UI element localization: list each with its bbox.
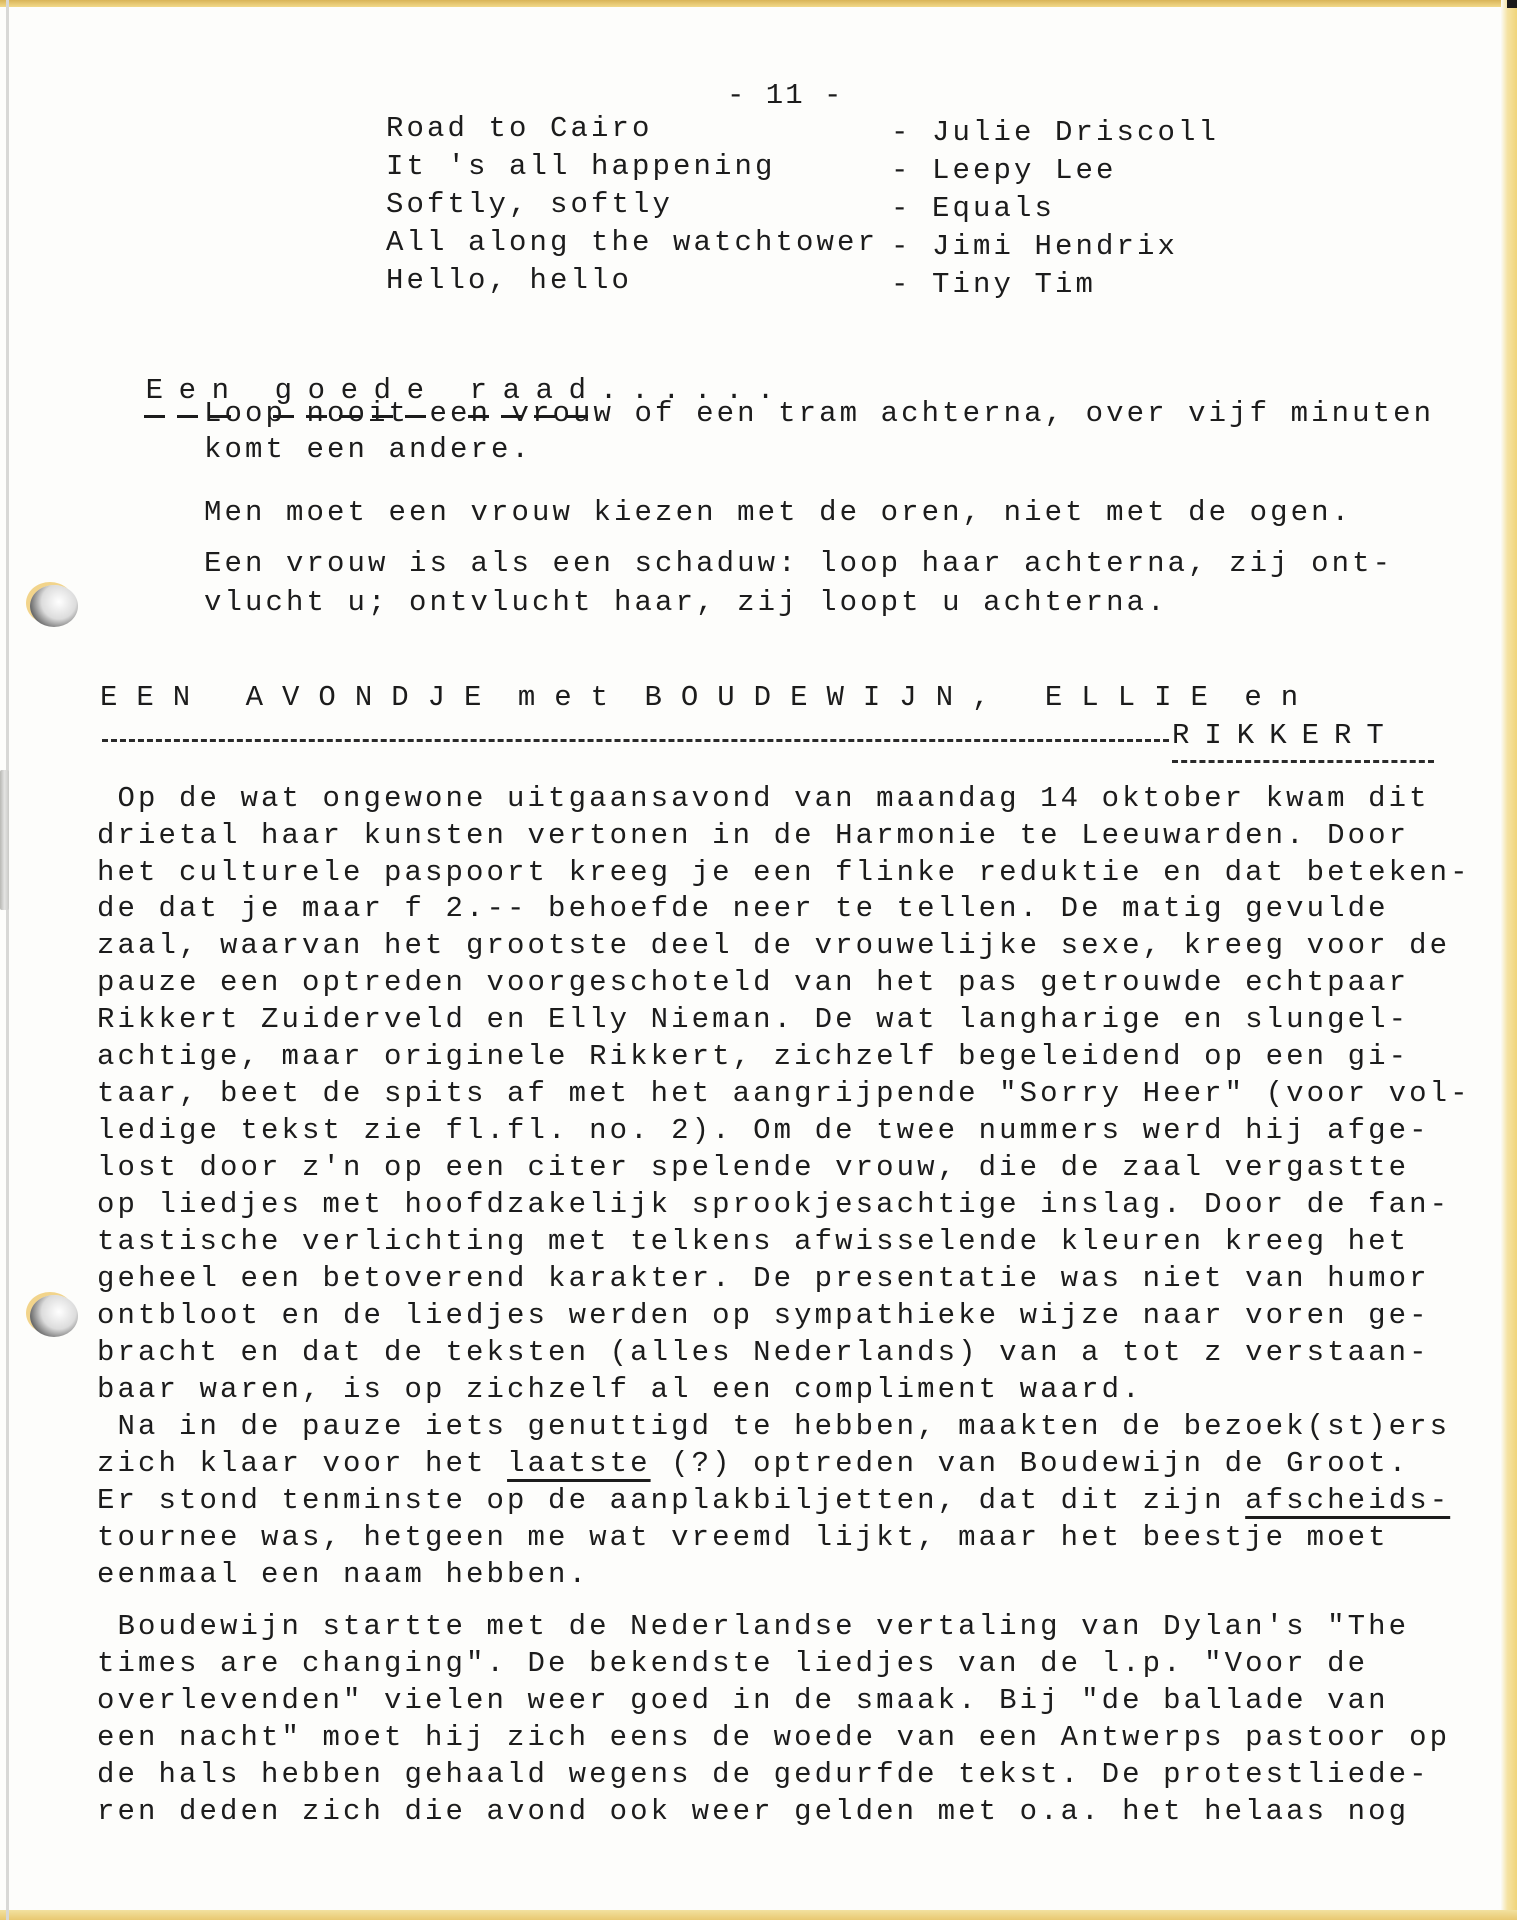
body-line: taar, beet de spits af met het aangrijpe… (97, 1078, 1471, 1109)
song-title: It 's all happening (386, 150, 776, 183)
body-line: Boudewijn startte met de Nederlandse ver… (97, 1611, 1409, 1642)
body-line: drietal haar kunsten vertonen in de Harm… (97, 820, 1409, 851)
body-line: overlevenden" vielen weer goed in de sma… (97, 1685, 1389, 1716)
page-edge-right (1501, 0, 1517, 1920)
body-line: lost door z'n op een citer spelende vrou… (97, 1152, 1409, 1183)
underlined-word-afscheids: afscheids- (1245, 1484, 1450, 1517)
body-line: Na in de pauze iets genuttigd te hebben,… (97, 1411, 1450, 1442)
quote-line: komt een andere. (204, 434, 532, 465)
body-line: het culturele paspoort kreeg je een flin… (97, 857, 1471, 888)
song-artist: - Leepy Lee (891, 154, 1117, 187)
body-line: baar waren, is op zichzelf al een compli… (97, 1374, 1143, 1405)
heading-dashed-rule-2 (1172, 760, 1434, 763)
song-artist: - Julie Driscoll (891, 116, 1219, 149)
punch-hole-lower (30, 1295, 78, 1337)
article-heading-line2: RIKKERT (1172, 720, 1399, 751)
body-line: tournee was, hetgeen me wat vreemd lijkt… (97, 1522, 1389, 1553)
song-artist: - Tiny Tim (891, 268, 1096, 301)
body-line: ledige tekst zie fl.fl. no. 2). Om de tw… (97, 1115, 1430, 1146)
page-edge-top (0, 0, 1517, 7)
song-artist: - Jimi Hendrix (891, 230, 1178, 263)
page-edge-bottom (0, 1910, 1517, 1920)
quote-line: Een vrouw is als een schaduw: loop haar … (204, 548, 1393, 579)
body-line: Op de wat ongewone uitgaansavond van maa… (97, 783, 1430, 814)
body-line: times are changing". De bekendste liedje… (97, 1648, 1368, 1679)
song-title: Road to Cairo (386, 112, 653, 145)
body-line: Rikkert Zuiderveld en Elly Nieman. De wa… (97, 1004, 1409, 1035)
body-line: ren deden zich die avond ook weer gelden… (97, 1796, 1409, 1827)
quote-line: Loop nooit een vrouw of een tram achtern… (204, 398, 1434, 429)
body-line: eenmaal een naam hebben. (97, 1559, 589, 1590)
song-title: Hello, hello (386, 264, 632, 297)
body-line: pauze een optreden voorgeschoteld van he… (97, 967, 1409, 998)
body-line: zich klaar voor het laatste (?) optreden… (97, 1448, 1409, 1479)
binder-strip (6, 0, 9, 1920)
quote-line: vlucht u; ontvlucht haar, zij loopt u ac… (204, 587, 1168, 618)
punch-hole-upper (30, 585, 78, 627)
song-artist: - Equals (891, 192, 1055, 225)
body-line: geheel een betoverend karakter. De prese… (97, 1263, 1430, 1294)
body-line: tastische verlichting met telkens afwiss… (97, 1226, 1409, 1257)
quote-line: Men moet een vrouw kiezen met de oren, n… (204, 497, 1352, 528)
heading-dashed-rule (102, 739, 1169, 742)
song-title: Softly, softly (386, 188, 673, 221)
song-title: All along the watchtower (386, 226, 878, 259)
article-heading: EEN AVONDJE met BOUDEWIJN, ELLIE en (100, 682, 1317, 713)
body-line: de hals hebben gehaald wegens de gedurfd… (97, 1759, 1430, 1790)
body-line: de dat je maar f 2.-- behoefde neer te t… (97, 893, 1389, 924)
body-line: een nacht" moet hij zich eens de woede v… (97, 1722, 1450, 1753)
body-line: bracht en dat de teksten (alles Nederlan… (97, 1337, 1430, 1368)
body-line: achtige, maar originele Rikkert, zichzel… (97, 1041, 1409, 1072)
body-line: zaal, waarvan het grootste deel de vrouw… (97, 930, 1450, 961)
body-line: op liedjes met hoofdzakelijk sprookjesac… (97, 1189, 1450, 1220)
binder-clip (0, 770, 9, 910)
underlined-word-laatste: laatste (507, 1447, 651, 1480)
body-line: ontbloot en de liedjes werden op sympath… (97, 1300, 1430, 1331)
page-number: - 11 - (727, 80, 843, 111)
body-line: Er stond tenminste op de aanplakbiljette… (97, 1485, 1450, 1516)
